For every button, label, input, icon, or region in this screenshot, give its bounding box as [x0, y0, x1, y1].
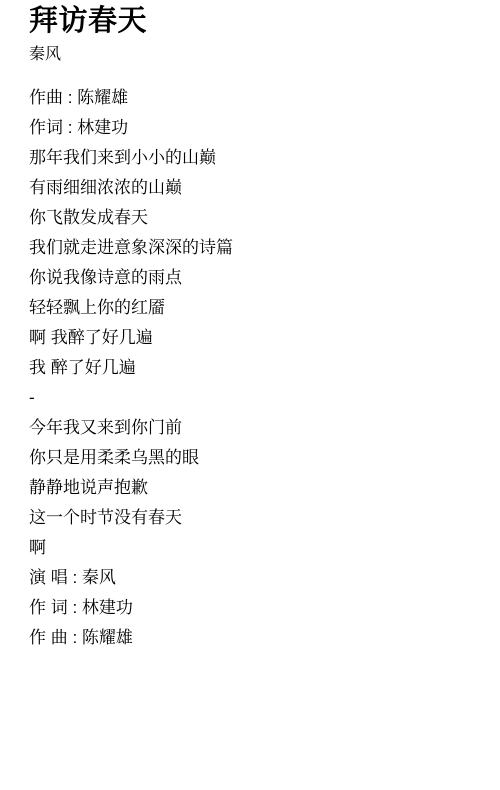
lyric-line: 作 词 : 林建功 [29, 593, 480, 623]
lyric-line: 我们就走进意象深深的诗篇 [29, 233, 480, 263]
lyric-line: 你说我像诗意的雨点 [29, 263, 480, 293]
lyric-line: 有雨细细浓浓的山巅 [29, 173, 480, 203]
lyric-line: 作词 : 林建功 [29, 113, 480, 143]
lyric-line: 这一个时节没有春天 [29, 503, 480, 533]
lyric-line: 啊 [29, 533, 480, 563]
artist-name: 秦风 [29, 45, 480, 65]
lyric-line: 静静地说声抱歉 [29, 473, 480, 503]
lyric-line: 演 唱 : 秦风 [29, 563, 480, 593]
lyrics-page: 拜访春天 秦风 作曲 : 陈耀雄作词 : 林建功那年我们来到小小的山巅有雨细细浓… [0, 0, 500, 790]
lyric-line: 啊 我醉了好几遍 [29, 323, 480, 353]
lyrics-body: 作曲 : 陈耀雄作词 : 林建功那年我们来到小小的山巅有雨细细浓浓的山巅你飞散发… [29, 83, 480, 653]
lyric-line: 今年我又来到你门前 [29, 413, 480, 443]
lyric-line: 作 曲 : 陈耀雄 [29, 623, 480, 653]
lyric-line: 你飞散发成春天 [29, 203, 480, 233]
lyric-line: 作曲 : 陈耀雄 [29, 83, 480, 113]
lyric-line: 那年我们来到小小的山巅 [29, 143, 480, 173]
lyric-line: 轻轻飘上你的红靥 [29, 293, 480, 323]
lyric-line: 我 醉了好几遍 [29, 353, 480, 383]
lyric-line: - [29, 383, 480, 413]
song-title: 拜访春天 [29, 4, 480, 38]
lyric-line: 你只是用柔柔乌黑的眼 [29, 443, 480, 473]
